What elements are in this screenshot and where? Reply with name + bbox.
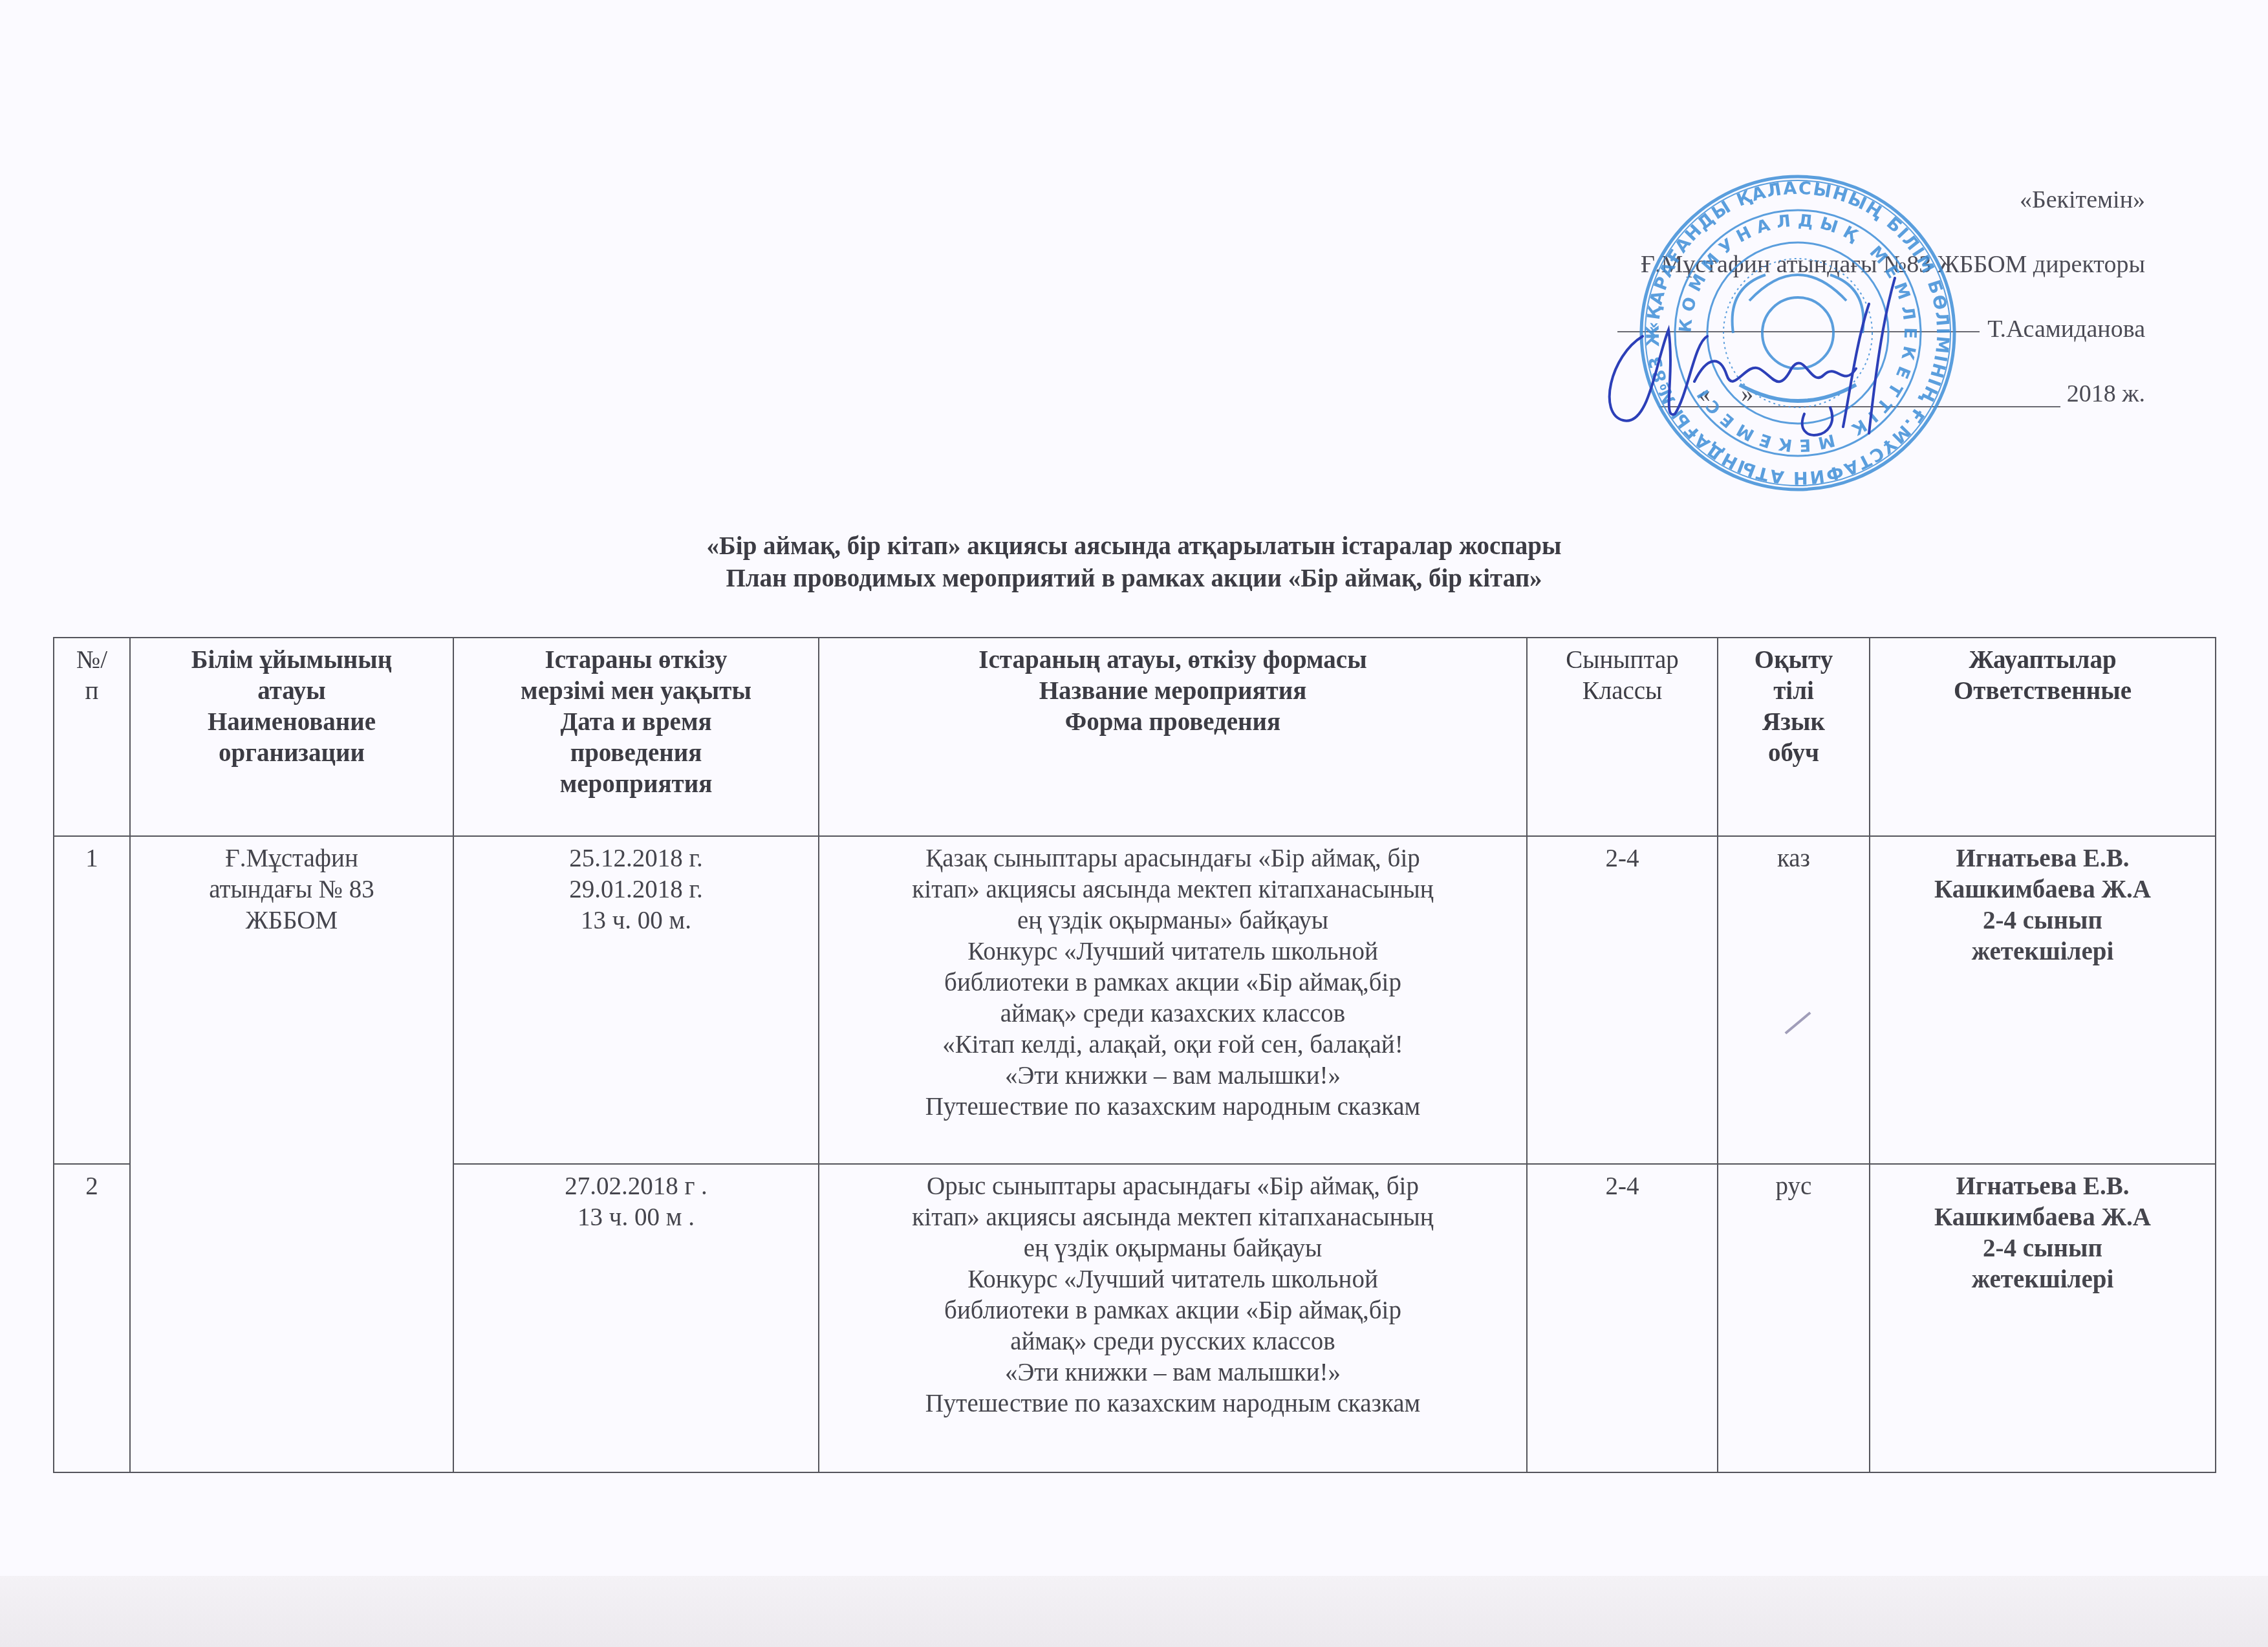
event-description: Орыс сыныптары арасындағы «Бір аймақ, бі… [819,1164,1527,1472]
cell-line: п [59,676,124,707]
table-header-row: №/п Білім ұйымыныңатауыНаименованиеорган… [54,638,2216,836]
cell-line: №/ [59,645,124,676]
event-classes: 2-4 [1527,1164,1718,1472]
event-responsible: Игнатьева Е.В.Кашкимбаева Ж.А2-4 сыныпже… [1870,836,2216,1164]
cell-line: Оқыту [1723,645,1864,676]
cell-line: атындағы № 83 [136,874,448,905]
cell-line: Қазақ сыныптары арасындағы «Бір аймақ, б… [825,843,1521,874]
cell-line: обуч [1723,738,1864,769]
event-dates: 27.02.2018 г .13 ч. 00 м . [453,1164,819,1472]
cell-line: «Эти книжки – вам малышки!» [825,1060,1521,1092]
cell-line: проведения [459,738,813,769]
header-responsible: ЖауаптыларОтветственные [1870,638,2216,836]
cell-line: 13 ч. 00 м . [459,1202,813,1233]
cell-line: библиотеки в рамках акции «Бір аймақ,бір [825,1295,1521,1326]
header-date-time: Істараны өткізумерзімі мен уақытыДата и … [453,638,819,836]
cell-line: Путешествие по казахским народным сказка… [825,1388,1521,1419]
cell-line: Істараны өткізу [459,645,813,676]
cell-line: жетекшілері [1875,1264,2210,1295]
header-language: ОқытутіліЯзыкобуч [1718,638,1870,836]
cell-line: Путешествие по казахским народным сказка… [825,1092,1521,1123]
cell-line: жетекшілері [1875,936,2210,967]
cell-line: мероприятия [459,769,813,800]
document-title: «Бір аймақ, бір кітап» акциясы аясында а… [0,530,2268,595]
cell-line: «Кітап келді, алақай, оқи ғой сен, балақ… [825,1029,1521,1060]
cell-line: ЖББОМ [136,905,448,936]
cell-line: аймақ» среди казахских классов [825,998,1521,1029]
approval-signer: Т.Асамиданова [1987,316,2145,343]
events-plan-table: №/п Білім ұйымыныңатауыНаименованиеорган… [53,637,2216,1473]
cell-line: тілі [1723,676,1864,707]
event-language: каз [1718,836,1870,1164]
cell-line: Жауаптылар [1875,645,2210,676]
header-number: №/п [54,638,130,836]
title-kazakh: «Бір аймақ, бір кітап» акциясы аясында а… [0,530,2268,563]
cell-line: библиотеки в рамках акции «Бір аймақ,бір [825,967,1521,998]
cell-line: Наименование [136,707,448,738]
cell-line: организации [136,738,448,769]
cell-line: Игнатьева Е.В. [1875,1171,2210,1202]
row-number: 1 [54,836,130,1164]
signature-icon [1597,265,1960,446]
title-russian: План проводимых мероприятий в рамках акц… [0,563,2268,595]
organization-name: Ғ.Мұстафинатындағы № 83ЖББОМ [130,836,453,1472]
cell-line: Ответственные [1875,676,2210,707]
event-language: рус [1718,1164,1870,1472]
event-classes: 2-4 [1527,836,1718,1164]
scan-edge [0,1576,2268,1647]
cell-line: Конкурс «Лучший читатель школьной [825,936,1521,967]
cell-line: Кашкимбаева Ж.А [1875,874,2210,905]
cell-line: Название мероприятия [825,676,1521,707]
cell-line: 27.02.2018 г . [459,1171,813,1202]
cell-line: атауы [136,676,448,707]
cell-line: Форма проведения [825,707,1521,738]
cell-line: 25.12.2018 г. [459,843,813,874]
cell-line: 2-4 сынып [1875,905,2210,936]
cell-line: аймақ» среди русских классов [825,1326,1521,1357]
cell-line: Классы [1533,676,1712,707]
cell-line: кітап» акциясы аясында мектеп кітапханас… [825,874,1521,905]
row-number: 2 [54,1164,130,1472]
cell-line: Орыс сыныптары арасындағы «Бір аймақ, бі… [825,1171,1521,1202]
header-classes: СыныптарКлассы [1527,638,1718,836]
table-row: 1 Ғ.Мұстафинатындағы № 83ЖББОМ 25.12.201… [54,836,2216,1164]
cell-line: мерзімі мен уақыты [459,676,813,707]
cell-line: 29.01.2018 г. [459,874,813,905]
cell-line: 13 ч. 00 м. [459,905,813,936]
approval-year: 2018 ж. [2067,380,2145,407]
header-event-name: Істараның атауы, өткізу формасыНазвание … [819,638,1527,836]
cell-line: «Эти книжки – вам малышки!» [825,1357,1521,1388]
cell-line: ең үздік оқырманы байқауы [825,1233,1521,1264]
cell-line: 2-4 сынып [1875,1233,2210,1264]
cell-line: Білім ұйымының [136,645,448,676]
cell-line: Істараның атауы, өткізу формасы [825,645,1521,676]
header-organization: Білім ұйымыныңатауыНаименованиеорганизац… [130,638,453,836]
cell-line: Сыныптар [1533,645,1712,676]
cell-line: кітап» акциясы аясында мектеп кітапханас… [825,1202,1521,1233]
cell-line: Кашкимбаева Ж.А [1875,1202,2210,1233]
event-description: Қазақ сыныптары арасындағы «Бір аймақ, б… [819,836,1527,1164]
event-responsible: Игнатьева Е.В.Кашкимбаева Ж.А2-4 сыныпже… [1870,1164,2216,1472]
cell-line: Язык [1723,707,1864,738]
cell-line: Конкурс «Лучший читатель школьной [825,1264,1521,1295]
cell-line: Игнатьева Е.В. [1875,843,2210,874]
event-dates: 25.12.2018 г.29.01.2018 г.13 ч. 00 м. [453,836,819,1164]
cell-line: Дата и время [459,707,813,738]
cell-line: ең үздік оқырманы» байқауы [825,905,1521,936]
cell-line: Ғ.Мұстафин [136,843,448,874]
